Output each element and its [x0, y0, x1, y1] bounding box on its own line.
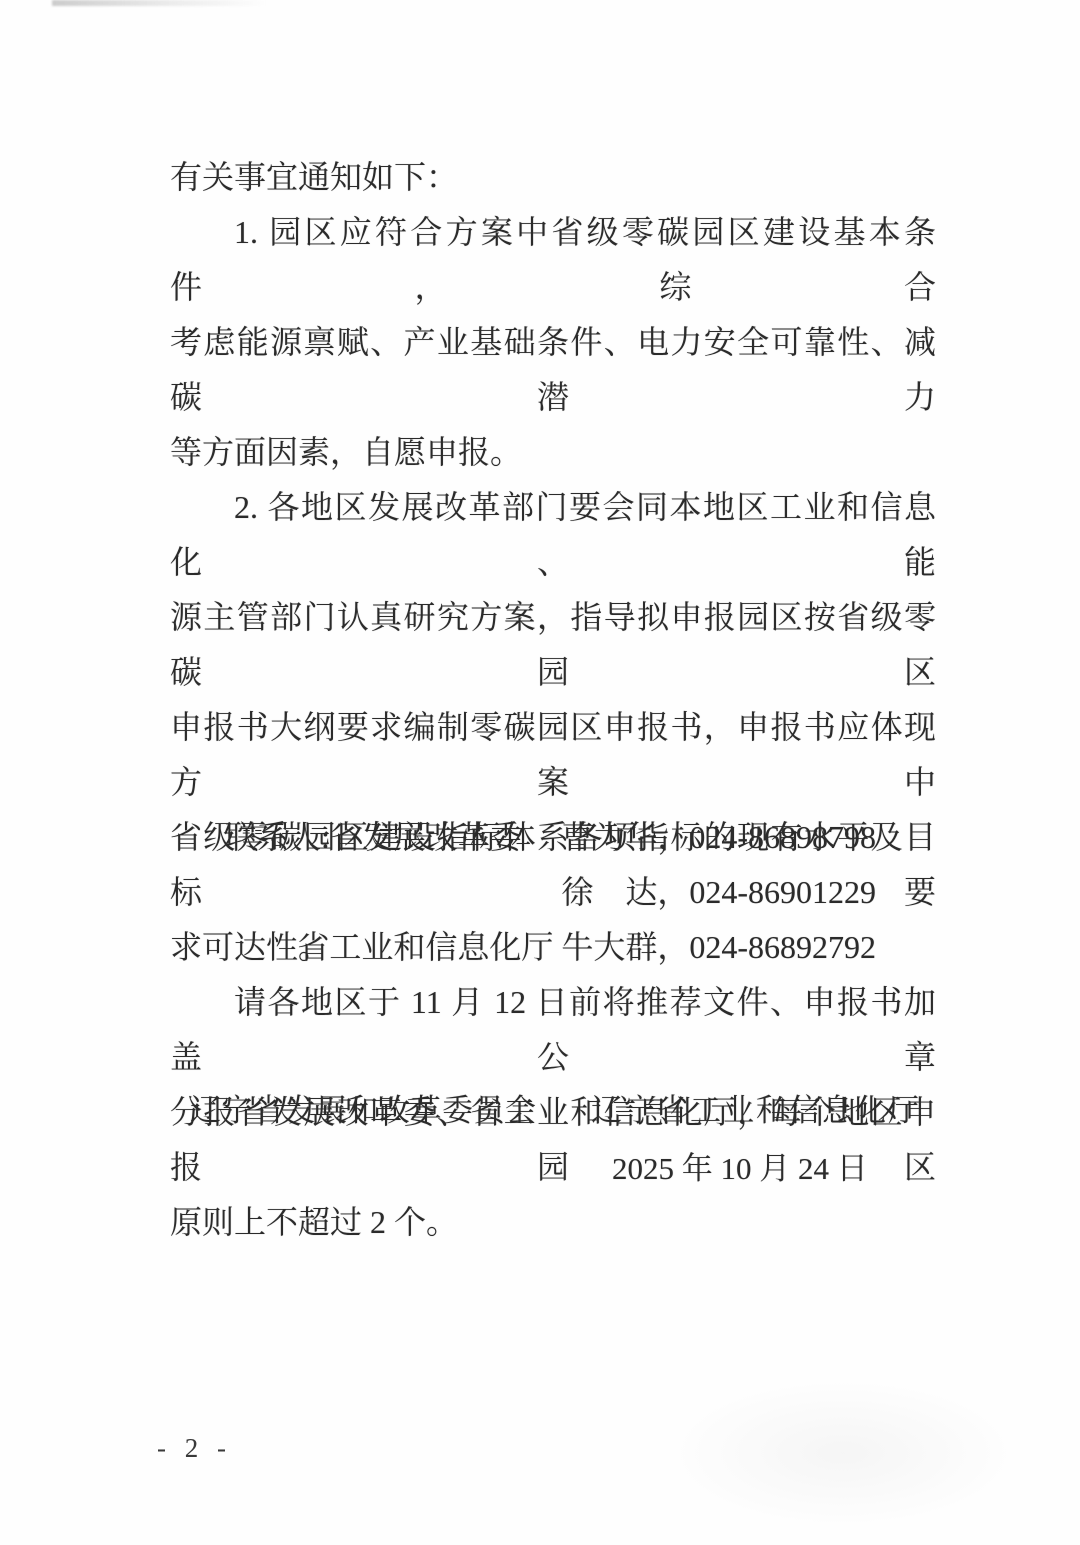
- body-line: 请各地区于 11 月 12 日前将推荐文件、申报书加盖公章: [170, 975, 936, 1085]
- body-line: 源主管部门认真研究方案，指导拟申报园区按省级零碳园区: [170, 590, 936, 700]
- body-line: 2. 各地区发展改革部门要会同本地区工业和信息化、能: [170, 480, 936, 590]
- scan-artifact-bottom: [668, 1378, 1018, 1528]
- body-line: 1. 园区应符合方案中省级零碳园区建设基本条件，综合: [170, 205, 936, 315]
- contact-row: 联系人:省发展改革委曹为华，024-86898798: [170, 810, 876, 865]
- document-page: 有关事宜通知如下：1. 园区应符合方案中省级零碳园区建设基本条件，综合考虑能源禀…: [0, 0, 1080, 1545]
- body-line: 原则上不超过 2 个。: [170, 1195, 936, 1250]
- body-line: 考虑能源禀赋、产业基础条件、电力安全可靠性、减碳潜力: [170, 315, 936, 425]
- contact-left-text: [170, 865, 225, 920]
- scan-artifact-top: [52, 0, 267, 6]
- body-line: 等方面因素，自愿申报。: [170, 425, 936, 480]
- signature-date: 2025 年 10 月 24 日: [612, 1141, 868, 1196]
- contact-right-text: 徐 达，024-86901229: [561, 865, 876, 920]
- page-number: - 2 -: [157, 1431, 232, 1465]
- contact-right-text: 曹为华，024-86898798: [561, 810, 876, 865]
- body-line: 有关事宜通知如下：: [170, 150, 936, 205]
- contact-row: 徐 达，024-86901229: [170, 865, 876, 920]
- contact-right-text: 省工业和信息化厅 牛大群，024-86892792: [297, 920, 876, 975]
- contact-left-text: 联系人:省发展改革委: [170, 810, 522, 865]
- contact-block: 联系人:省发展改革委曹为华，024-86898798徐 达，024-869012…: [170, 810, 876, 975]
- signature-org-left: 辽宁省发展和改革委员会: [190, 1083, 537, 1138]
- contact-row: 省工业和信息化厅 牛大群，024-86892792: [170, 920, 876, 975]
- signature-org-right: 辽宁省工业和信息化厅: [591, 1083, 921, 1138]
- body-line: 申报书大纲要求编制零碳园区申报书，申报书应体现方案中: [170, 700, 936, 810]
- contact-left-text: [170, 920, 225, 975]
